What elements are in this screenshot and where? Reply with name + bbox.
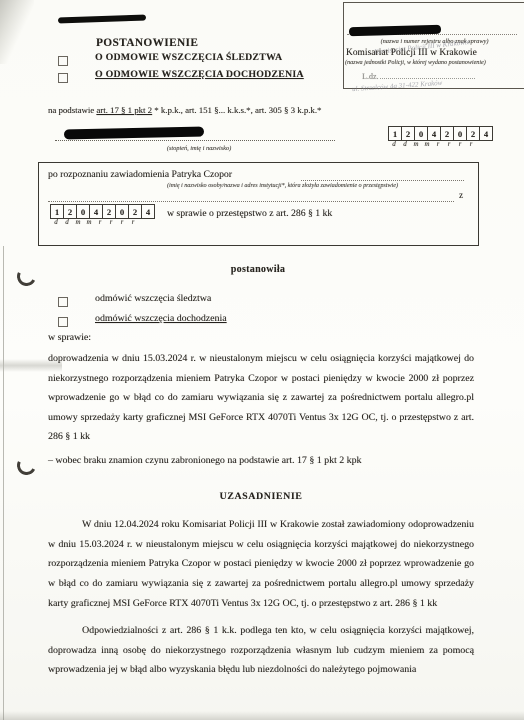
notification-date-grid: 1 2 0 4 2 0 2 4	[50, 204, 155, 219]
date-cell: 4	[479, 126, 493, 141]
case-dotted-line	[48, 193, 454, 202]
decision-heading: postanowiła	[38, 264, 478, 275]
case-facts-paragraph: doprowadzenia w dniu 15.03.2024 r. w nie…	[48, 349, 474, 447]
decision-option-investigation: odmówić wszczęcia śledztwa	[95, 293, 211, 304]
legal-basis-line: na podstawie art. 17 § 1 pkt 2 * k.p.k.,…	[48, 105, 498, 115]
line-end-z: z	[459, 190, 463, 200]
ldz-label: L.dz.	[362, 72, 378, 81]
date-format-letter: r	[465, 141, 477, 148]
notification-date-format: d d m m r r r r	[50, 219, 139, 226]
notifier-caption: (imię i nazwisko osoby/nazwa i adres ins…	[167, 183, 398, 189]
option-refusal-investigation-label: O ODMOWIE WSZCZĘCIA ŚLEDZTWA	[95, 52, 282, 63]
legal-basis-suffix: * k.p.k., art. 151 §... k.k.s.*, art. 30…	[152, 105, 321, 115]
page-corner-fold	[0, 0, 34, 64]
checkbox-refusal-investigation[interactable]	[58, 56, 68, 66]
refusal-ground-line: – wobec braku znamion czynu zabronionego…	[48, 451, 474, 471]
punch-hole-shadow-top	[15, 265, 39, 289]
date-cell: 4	[89, 204, 103, 219]
justification-paragraph-1: W dniu 12.04.2024 roku Komisariat Policj…	[48, 515, 474, 613]
recognition-dotted-line	[301, 172, 464, 181]
registry-box: (nazwa i numer rejestru albo znak sprawy…	[343, 2, 524, 89]
police-unit-name: Komisariat Policji III w Krakowie	[346, 48, 477, 58]
date-cell: 2	[128, 204, 142, 219]
option-refusal-inquiry-label: O ODMOWIE WSZCZĘCIA DOCHODZENIA	[95, 69, 304, 80]
issue-date-grid: 1 2 0 4 2 0 2 4	[388, 126, 493, 141]
document-title: POSTANOWIENIE	[96, 37, 198, 49]
date-cell: 2	[63, 204, 77, 219]
date-cell: 0	[115, 204, 129, 219]
page-edge-line	[3, 246, 4, 720]
date-cell: 0	[76, 204, 90, 219]
case-description: w sprawie o przestępstwo z art. 286 § 1 …	[167, 208, 332, 219]
date-cell: 2	[401, 126, 415, 141]
punch-hole-shadow-bottom	[15, 454, 39, 478]
date-cell: 2	[102, 204, 116, 219]
justification-heading: UZASADNIENIE	[48, 487, 474, 507]
registry-caption-unit: (nazwa jednostki Policji, w której wydan…	[345, 60, 486, 66]
recognition-line: po rozpoznaniu zawiadomienia Patryka Czo…	[48, 169, 232, 180]
checkbox-refusal-inquiry[interactable]	[58, 73, 68, 83]
checkbox-refuse-investigation[interactable]	[58, 297, 68, 307]
legal-basis-underlined: art. 17 § 1 pkt 2	[96, 105, 152, 115]
legal-basis-prefix: na podstawie	[48, 105, 96, 115]
date-format-letter: r	[127, 219, 139, 226]
scope-label: w sprawie:	[48, 332, 91, 343]
decision-option-inquiry: odmówić wszczęcia dochodzenia	[95, 313, 227, 324]
case-box: po rozpoznaniu zawiadomienia Patryka Czo…	[38, 162, 479, 246]
pen-mark-redaction	[58, 14, 146, 23]
date-cell: 0	[414, 126, 428, 141]
ldz-dotted-line	[380, 71, 475, 79]
date-cell: 0	[453, 126, 467, 141]
document-body: doprowadzenia w dniu 15.03.2024 r. w nie…	[48, 349, 474, 680]
date-cell: 2	[466, 126, 480, 141]
date-cell: 4	[141, 204, 155, 219]
officer-caption: (stopień, imię i nazwisko)	[118, 145, 280, 152]
checkbox-refuse-inquiry[interactable]	[58, 317, 68, 327]
scanned-document-page: (nazwa i numer rejestru albo znak sprawy…	[0, 0, 524, 720]
date-cell: 1	[50, 204, 64, 219]
justification-paragraph-2: Odpowiedzialności z art. 286 § 1 k.k. po…	[48, 621, 474, 680]
date-cell: 2	[440, 126, 454, 141]
issue-date-format: d d m m r r r r	[388, 141, 477, 148]
bottom-scan-shade	[0, 711, 524, 720]
date-cell: 1	[388, 126, 402, 141]
date-cell: 4	[427, 126, 441, 141]
